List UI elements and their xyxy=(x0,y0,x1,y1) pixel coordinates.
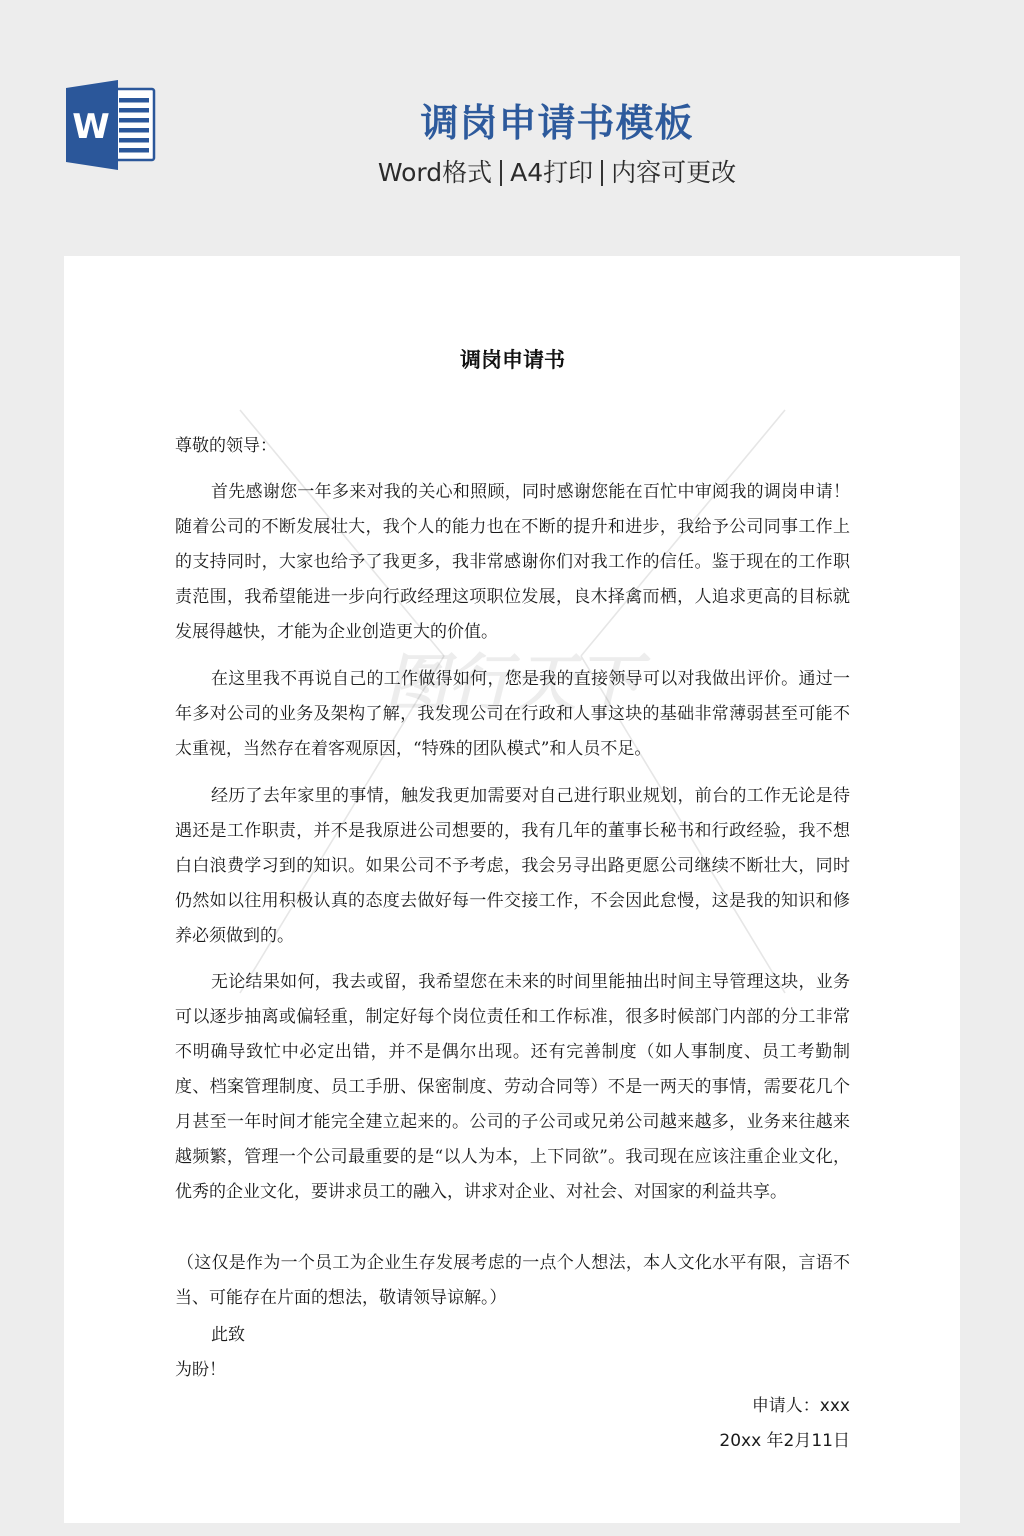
closing-salute: 此致 xyxy=(211,1323,245,1347)
template-title: 调岗申请书模板 xyxy=(300,92,814,147)
subtitle-format: Word格式 xyxy=(378,158,492,187)
paragraph-3: 经历了去年家里的事情，触发我更加需要对自己进行职业规划，前台的工作无论是待遇还是… xyxy=(175,779,850,954)
applicant-signature: 申请人：xxx xyxy=(752,1394,850,1418)
svg-text:W: W xyxy=(72,107,110,147)
paragraph-1: 首先感谢您一年多来对我的关心和照顾，同时感谢您能在百忙中审阅我的调岗申请！随着公… xyxy=(175,475,850,650)
word-document-icon: W xyxy=(64,80,158,170)
subtitle-print: A4打印 xyxy=(510,158,593,187)
application-date: 20xx 年2月11日 xyxy=(719,1429,850,1453)
document-page: 图行天下 调岗申请书 尊敬的领导： 首先感谢您一年多来对我的关心和照顾，同时感谢… xyxy=(64,256,960,1523)
paragraph-2: 在这里我不再说自己的工作做得如何，您是我的直接领导可以对我做出评价。通过一年多对… xyxy=(175,662,850,767)
paragraph-5-note: （这仅是作为一个员工为企业生存发展考虑的一点个人想法，本人文化水平有限，言语不当… xyxy=(175,1246,850,1316)
separator-bar xyxy=(601,160,603,186)
closing-wish: 为盼！ xyxy=(175,1358,226,1382)
subtitle-editable: 内容可更改 xyxy=(611,158,736,187)
template-subtitle: Word格式A4打印内容可更改 xyxy=(300,153,814,189)
salutation: 尊敬的领导： xyxy=(175,434,277,458)
document-title: 调岗申请书 xyxy=(175,344,850,374)
paragraph-4: 无论结果如何，我去或留，我希望您在未来的时间里能抽出时间主导管理这块，业务可以逐… xyxy=(175,965,850,1210)
separator-bar xyxy=(500,160,502,186)
template-header: W 调岗申请书模板 Word格式A4打印内容可更改 xyxy=(0,0,1024,256)
